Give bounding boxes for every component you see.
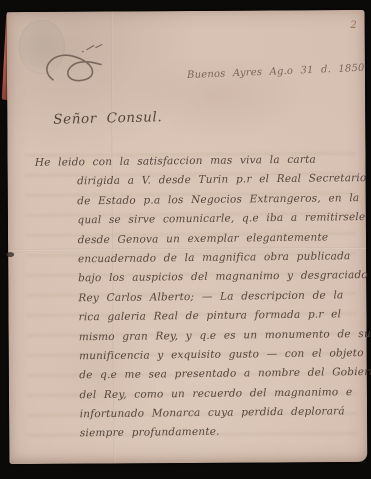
scanned-letter-stage: 2 Buenos Ayres Ag.o 31 d. 1850 Señor Con… xyxy=(0,0,371,479)
page-number: 2 xyxy=(350,20,356,31)
paper-stain xyxy=(127,50,308,141)
salutation: Señor Consul. xyxy=(53,109,162,128)
letter-body: He leido con la satisfaccion mas viva la… xyxy=(35,150,366,445)
flourish-monogram-icon xyxy=(43,39,123,95)
ink-blot xyxy=(6,252,14,257)
letter-line: siempre profundamente. xyxy=(38,422,366,445)
letter-page: 2 Buenos Ayres Ag.o 31 d. 1850 Señor Con… xyxy=(7,10,368,464)
